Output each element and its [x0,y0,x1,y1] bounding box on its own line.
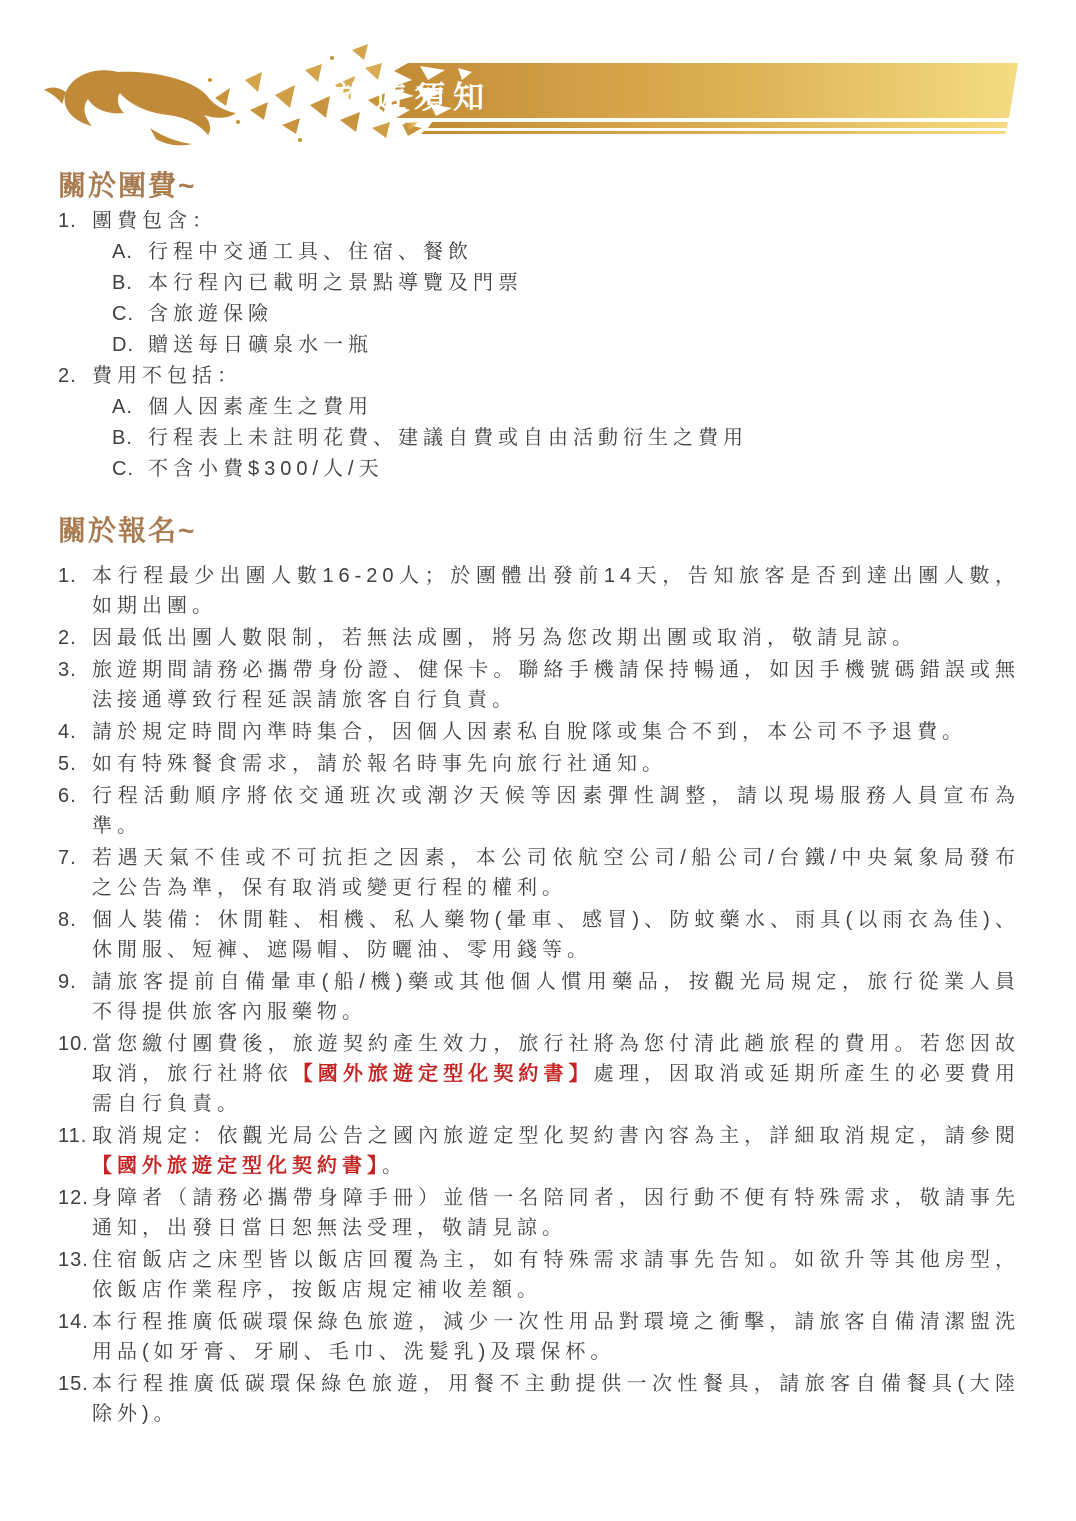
list-item: 14.本行程推廣低碳環保綠色旅遊，減少一次性用品對環境之衝擊，請旅客自備清潔盥洗… [58,1307,1020,1367]
item-text: 個人因素產生之費用 [148,392,1020,423]
registration-list: 1.本行程最少出團人數16-20人；於團體出發前14天，告知旅客是否到達出團人數… [58,561,1020,1429]
list-item: 13.住宿飯店之床型皆以飯店回覆為主，如有特殊需求請事先告知。如欲升等其他房型，… [58,1245,1020,1305]
item-number: 9. [58,967,77,997]
list-item: 1.團費包含：A.行程中交通工具、住宿、餐飲B.本行程內已載明之景點導覽及門票C… [58,206,1020,361]
text-segment: 若遇天氣不佳或不可抗拒之因素，本公司依航空公司/船公司/台鐵/中央氣象局發布之公… [92,847,1020,899]
item-number: 15. [58,1369,89,1399]
item-number: 6. [58,781,77,811]
sub-list-item: A.行程中交通工具、住宿、餐飲 [92,237,1020,268]
item-number: C. [112,299,134,330]
text-segment: 因最低出團人數限制，若無法成團，將另為您改期出團或取消，敬請見諒。 [92,627,917,649]
text-segment: 本行程推廣低碳環保綠色旅遊，減少一次性用品對環境之衝擊，請旅客自備清潔盥洗用品(… [92,1311,1020,1363]
text-segment: 行程中交通工具、住宿、餐飲 [148,241,473,263]
item-text: 因最低出團人數限制，若無法成團，將另為您改期出團或取消，敬請見諒。 [92,623,1020,653]
item-number: 3. [58,655,77,685]
text-segment: 取消規定：依觀光局公告之國內旅遊定型化契約書內容為主，詳細取消規定，請參閱 [92,1125,1020,1147]
bird-swoosh-logo [44,70,236,145]
item-number: 7. [58,843,77,873]
sub-list-item: D.贈送每日礦泉水一瓶 [92,330,1020,361]
fee-list: 1.團費包含：A.行程中交通工具、住宿、餐飲B.本行程內已載明之景點導覽及門票C… [58,206,1020,485]
item-text: 若遇天氣不佳或不可抗拒之因素，本公司依航空公司/船公司/台鐵/中央氣象局發布之公… [92,843,1020,903]
section-heading-fee: 關於團費~ [58,168,1020,204]
item-text: 費用不包括： [92,361,1020,392]
section-heading-registration: 關於報名~ [58,513,1020,549]
list-item: 1.本行程最少出團人數16-20人；於團體出發前14天，告知旅客是否到達出團人數… [58,561,1020,621]
item-text: 旅遊期間請務必攜帶身份證、健保卡。聯絡手機請保持暢通，如因手機號碼錯誤或無法接通… [92,655,1020,715]
item-number: 13. [58,1245,89,1275]
item-text: 行程中交通工具、住宿、餐飲 [148,237,1020,268]
sub-list: A.個人因素產生之費用B.行程表上未註明花費、建議自費或自由活動衍生之費用C.不… [92,392,1020,485]
section-tour-fee: 關於團費~ 1.團費包含：A.行程中交通工具、住宿、餐飲B.本行程內已載明之景點… [58,168,1020,485]
banner-title: 旅遊須知 [336,80,492,115]
item-text: 本行程推廣低碳環保綠色旅遊，減少一次性用品對環境之衝擊，請旅客自備清潔盥洗用品(… [92,1307,1020,1367]
item-text: 含旅遊保險 [148,299,1020,330]
item-text: 請旅客提前自備暈車(船/機)藥或其他個人慣用藥品，按觀光局規定，旅行從業人員不得… [92,967,1020,1027]
item-text: 本行程最少出團人數16-20人；於團體出發前14天，告知旅客是否到達出團人數，如… [92,561,1020,621]
item-number: 5. [58,749,77,779]
text-segment: 如有特殊餐食需求，請於報名時事先向旅行社通知。 [92,753,667,775]
item-text: 不含小費$300/人/天 [148,454,1020,485]
item-text: 贈送每日礦泉水一瓶 [148,330,1020,361]
item-number: 12. [58,1183,89,1213]
list-item: 8.個人裝備：休閒鞋、相機、私人藥物(暈車、感冒)、防蚊藥水、雨具(以雨衣為佳)… [58,905,1020,965]
item-text: 如有特殊餐食需求，請於報名時事先向旅行社通知。 [92,749,1020,779]
item-text: 當您繳付團費後，旅遊契約產生效力，旅行社將為您付清此趟旅程的費用。若您因故取消，… [92,1029,1020,1119]
item-text: 本行程內已載明之景點導覽及門票 [148,268,1020,299]
item-number: 14. [58,1307,89,1337]
text-segment: 行程活動順序將依交通班次或潮汐天候等因素彈性調整，請以現場服務人員宣布為準。 [92,785,1020,837]
sub-list-item: A.個人因素產生之費用 [92,392,1020,423]
list-item: 15.本行程推廣低碳環保綠色旅遊，用餐不主動提供一次性餐具，請旅客自備餐具(大陸… [58,1369,1020,1429]
item-number: A. [112,237,133,268]
header-banner: 旅遊須知 [0,0,1076,150]
text-segment: 本行程最少出團人數16-20人；於團體出發前14天，告知旅客是否到達出團人數，如… [92,565,1020,617]
item-number: B. [112,268,133,299]
list-item: 5.如有特殊餐食需求，請於報名時事先向旅行社通知。 [58,749,1020,779]
text-segment: 請旅客提前自備暈車(船/機)藥或其他個人慣用藥品，按觀光局規定，旅行從業人員不得… [92,971,1020,1023]
item-text: 本行程推廣低碳環保綠色旅遊，用餐不主動提供一次性餐具，請旅客自備餐具(大陸除外)… [92,1369,1020,1429]
list-item: 3.旅遊期間請務必攜帶身份證、健保卡。聯絡手機請保持暢通，如因手機號碼錯誤或無法… [58,655,1020,715]
sub-list-item: C.含旅遊保險 [92,299,1020,330]
text-segment: 身障者（請務必攜帶身障手冊）並偕一名陪同者，因行動不便有特殊需求，敬請事先通知，… [92,1187,1020,1239]
list-item: 2.費用不包括：A.個人因素產生之費用B.行程表上未註明花費、建議自費或自由活動… [58,361,1020,485]
item-number: B. [112,423,133,454]
item-number: 1. [58,206,77,237]
sub-list: A.行程中交通工具、住宿、餐飲B.本行程內已載明之景點導覽及門票C.含旅遊保險D… [92,237,1020,361]
item-text: 個人裝備：休閒鞋、相機、私人藥物(暈車、感冒)、防蚊藥水、雨具(以雨衣為佳)、休… [92,905,1020,965]
item-number: 10. [58,1029,89,1059]
text-segment: 請於規定時間內準時集合，因個人因素私自脫隊或集合不到，本公司不予退費。 [92,721,967,743]
sub-list-item: B.行程表上未註明花費、建議自費或自由活動衍生之費用 [92,423,1020,454]
text-segment: 行程表上未註明花費、建議自費或自由活動衍生之費用 [148,427,748,449]
item-number: 8. [58,905,77,935]
banner-stripes [404,122,1008,134]
item-number: 11. [58,1121,87,1151]
item-text: 請於規定時間內準時集合，因個人因素私自脫隊或集合不到，本公司不予退費。 [92,717,1020,747]
text-segment: 住宿飯店之床型皆以飯店回覆為主，如有特殊需求請事先告知。如欲升等其他房型，依飯店… [92,1249,1020,1301]
list-item: 7.若遇天氣不佳或不可抗拒之因素，本公司依航空公司/船公司/台鐵/中央氣象局發布… [58,843,1020,903]
document-content: 關於團費~ 1.團費包含：A.行程中交通工具、住宿、餐飲B.本行程內已載明之景點… [0,168,1076,1429]
list-item: 11.取消規定：依觀光局公告之國內旅遊定型化契約書內容為主，詳細取消規定，請參閱… [58,1121,1020,1181]
item-number: C. [112,454,134,485]
contract-name-text: 【國外旅遊定型化契約書】 [293,1063,594,1085]
text-segment: 個人因素產生之費用 [148,396,373,418]
text-segment: 本行程內已載明之景點導覽及門票 [148,272,523,294]
list-item: 4.請於規定時間內準時集合，因個人因素私自脫隊或集合不到，本公司不予退費。 [58,717,1020,747]
list-item: 9.請旅客提前自備暈車(船/機)藥或其他個人慣用藥品，按觀光局規定，旅行從業人員… [58,967,1020,1027]
travel-notice-page: 旅遊須知 關於團費~ 1.團費包含：A.行程中交通工具、住宿、餐飲B.本行程內已… [0,0,1076,1521]
list-item: 10.當您繳付團費後，旅遊契約產生效力，旅行社將為您付清此趟旅程的費用。若您因故… [58,1029,1020,1119]
item-number: A. [112,392,133,423]
text-segment: 含旅遊保險 [148,303,273,325]
text-segment: 團費包含： [92,210,217,232]
item-number: 4. [58,717,77,747]
sub-list-item: C.不含小費$300/人/天 [92,454,1020,485]
item-text: 住宿飯店之床型皆以飯店回覆為主，如有特殊需求請事先告知。如欲升等其他房型，依飯店… [92,1245,1020,1305]
list-item: 6.行程活動順序將依交通班次或潮汐天候等因素彈性調整，請以現場服務人員宣布為準。 [58,781,1020,841]
sub-list-item: B.本行程內已載明之景點導覽及門票 [92,268,1020,299]
item-text: 行程活動順序將依交通班次或潮汐天候等因素彈性調整，請以現場服務人員宣布為準。 [92,781,1020,841]
list-item: 2.因最低出團人數限制，若無法成團，將另為您改期出團或取消，敬請見諒。 [58,623,1020,653]
section-registration: 關於報名~ 1.本行程最少出團人數16-20人；於團體出發前14天，告知旅客是否… [58,513,1020,1429]
text-segment: 不含小費$300/人/天 [148,458,384,480]
item-text: 身障者（請務必攜帶身障手冊）並偕一名陪同者，因行動不便有特殊需求，敬請事先通知，… [92,1183,1020,1243]
item-number: 1. [58,561,77,591]
item-text: 取消規定：依觀光局公告之國內旅遊定型化契約書內容為主，詳細取消規定，請參閱【國外… [92,1121,1020,1181]
item-number: 2. [58,361,77,392]
text-segment: 贈送每日礦泉水一瓶 [148,334,373,356]
item-number: 2. [58,623,77,653]
text-segment: 本行程推廣低碳環保綠色旅遊，用餐不主動提供一次性餐具，請旅客自備餐具(大陸除外)… [92,1373,1020,1425]
text-segment: 旅遊期間請務必攜帶身份證、健保卡。聯絡手機請保持暢通，如因手機號碼錯誤或無法接通… [92,659,1020,711]
item-text: 行程表上未註明花費、建議自費或自由活動衍生之費用 [148,423,1020,454]
item-number: D. [112,330,134,361]
text-segment: 費用不包括： [92,365,242,387]
list-item: 12.身障者（請務必攜帶身障手冊）並偕一名陪同者，因行動不便有特殊需求，敬請事先… [58,1183,1020,1243]
item-text: 團費包含： [92,206,1020,237]
contract-name-text: 【國外旅遊定型化契約書】 [92,1155,382,1177]
text-segment: 。 [382,1155,407,1177]
text-segment: 個人裝備：休閒鞋、相機、私人藥物(暈車、感冒)、防蚊藥水、雨具(以雨衣為佳)、休… [92,909,1020,961]
